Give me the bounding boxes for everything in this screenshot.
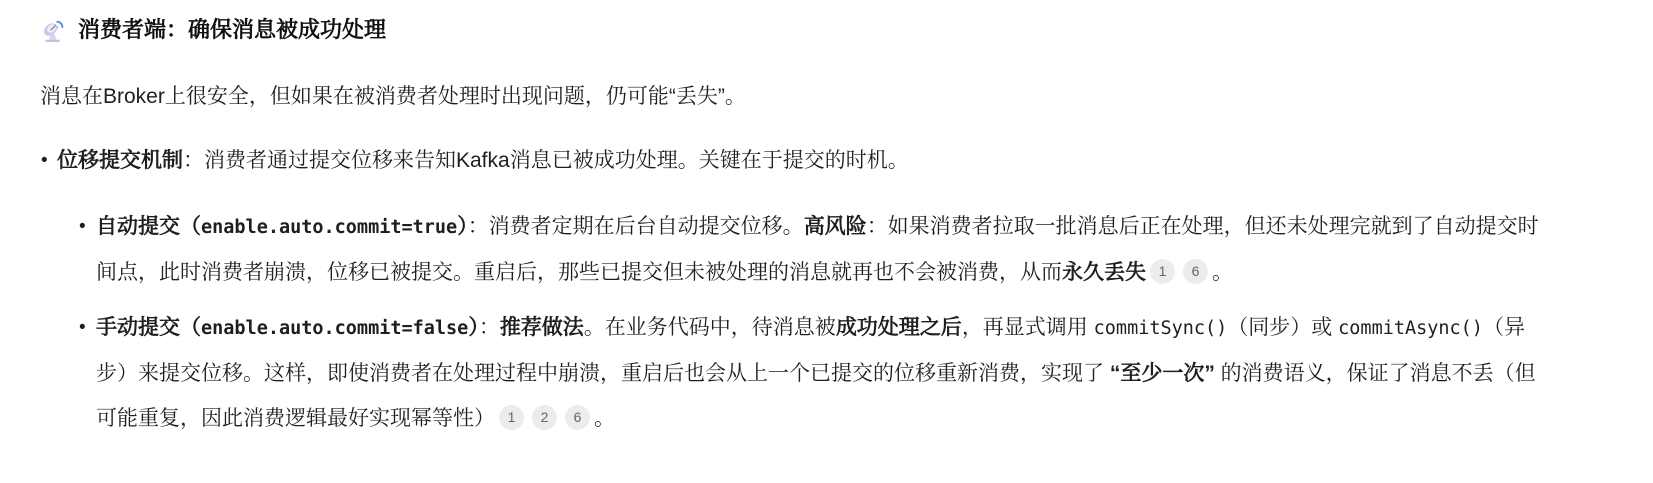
text-segment: “至少一次” — [1110, 362, 1215, 385]
text-segment: 。 — [1212, 261, 1233, 284]
bullet-list: 位移提交机制：消费者通过提交位移来告知Kafka消息已被成功处理。关键在于提交的… — [40, 144, 1549, 441]
list-item-text: 手动提交（enable.auto.commit=false）：推荐做法。在业务代… — [96, 316, 1536, 430]
text-segment: 手动提交（ — [96, 316, 201, 339]
inline-code: enable.auto.commit=false — [201, 318, 468, 339]
citation-chip[interactable]: 1 — [499, 405, 524, 430]
text-segment: 位移提交机制 — [57, 149, 183, 172]
citation-chip[interactable]: 2 — [532, 405, 557, 430]
section-heading: 消费者端：确保消息被成功处理 — [40, 14, 1549, 46]
answer-document: 消费者端：确保消息被成功处理 消息在Broker上很安全，但如果在被消费者处理时… — [0, 0, 1653, 441]
text-segment: 高风险 — [804, 215, 867, 238]
text-segment: 成功处理之后 — [836, 316, 962, 339]
section-heading-text: 消费者端：确保消息被成功处理 — [78, 14, 386, 46]
inline-code: commitAsync() — [1338, 318, 1483, 339]
citation-chip[interactable]: 6 — [1183, 259, 1208, 284]
text-segment: ） — [457, 215, 468, 238]
text-segment: 。在业务代码中，待消息被 — [584, 316, 836, 339]
text-segment: （同步）或 — [1227, 316, 1338, 339]
text-segment: 。 — [594, 407, 615, 430]
citation-chip[interactable]: 6 — [565, 405, 590, 430]
text-segment: ：消费者定期在后台自动提交位移。 — [468, 215, 804, 238]
text-segment: 自动提交（ — [96, 215, 201, 238]
text-segment: 推荐做法 — [500, 316, 584, 339]
nested-bullet-list: 自动提交（enable.auto.commit=true）：消费者定期在后台自动… — [78, 204, 1549, 441]
list-item-manual-commit: 手动提交（enable.auto.commit=false）：推荐做法。在业务代… — [78, 305, 1549, 441]
text-segment: ：消费者通过提交位移来告知Kafka消息已被成功处理。关键在于提交的时机。 — [183, 149, 909, 172]
inline-code: commitSync() — [1094, 318, 1228, 339]
list-item-text: 位移提交机制：消费者通过提交位移来告知Kafka消息已被成功处理。关键在于提交的… — [57, 149, 909, 172]
text-segment: ： — [479, 316, 500, 339]
list-item-text: 自动提交（enable.auto.commit=true）：消费者定期在后台自动… — [96, 215, 1539, 284]
list-item-offset-commit-mechanism: 位移提交机制：消费者通过提交位移来告知Kafka消息已被成功处理。关键在于提交的… — [40, 144, 1549, 441]
list-item-auto-commit: 自动提交（enable.auto.commit=true）：消费者定期在后台自动… — [78, 204, 1549, 295]
inline-code: enable.auto.commit=true — [201, 217, 457, 238]
intro-paragraph: 消息在Broker上很安全，但如果在被消费者处理时出现问题，仍可能“丢失”。 — [40, 81, 1549, 112]
text-segment: ） — [468, 316, 479, 339]
satellite-antenna-icon — [40, 17, 67, 44]
text-segment: 永久丢失 — [1062, 261, 1146, 284]
text-segment: ，再显式调用 — [962, 316, 1094, 339]
citation-chip[interactable]: 1 — [1150, 259, 1175, 284]
